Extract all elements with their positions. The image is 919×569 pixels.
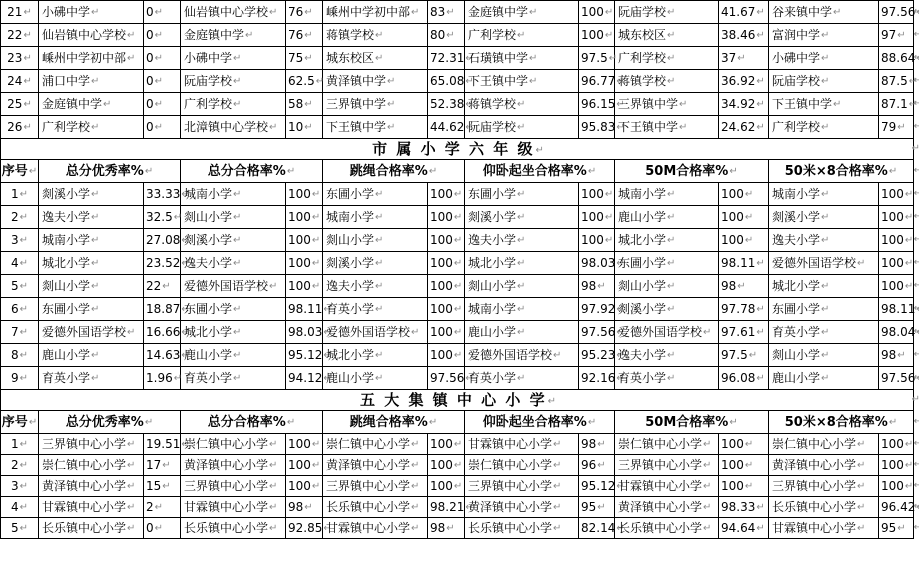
column-header: 总分合格率%↵: [181, 411, 323, 434]
school-name-cell: 逸夫小学↵: [615, 344, 719, 367]
school-name-cell-text: 城南小学: [772, 187, 820, 201]
table-row: 4↵城北小学↵23.52↵逸夫小学↵100↵剡溪小学↵100↵城北小学↵98.0…: [1, 252, 914, 275]
score-value-cell-text: 14.63: [146, 348, 180, 362]
column-header-text: 跳绳合格率%: [350, 164, 428, 179]
score-value-cell: 0↵: [144, 24, 181, 47]
paragraph-mark: ↵: [453, 481, 462, 492]
column-header-text: 50米×8合格率%: [785, 415, 888, 430]
paragraph-mark: ↵: [311, 439, 320, 450]
score-value-cell: 98.03↵: [286, 321, 323, 344]
score-value-cell: 14.63↵: [144, 344, 181, 367]
school-name-cell: 小砩中学↵: [181, 47, 286, 70]
score-value-cell-text: 100: [721, 187, 744, 201]
school-name-cell: 仙岩镇中心学校↵: [181, 1, 286, 24]
column-header-text: 序号: [2, 415, 28, 430]
row-number-cell-text: 4: [11, 256, 19, 270]
score-value-cell: 98.11↵: [719, 252, 769, 275]
row-number-cell-text: 7: [11, 325, 19, 339]
paragraph-mark: ↵: [666, 189, 675, 200]
school-name-cell-text: 城北小学: [42, 256, 90, 270]
school-name-cell-text: 崇仁镇中心小学: [42, 458, 126, 472]
school-name-cell: 爱德外国语学校↵: [615, 321, 719, 344]
end-of-row-mark: ↵: [914, 350, 919, 360]
score-value-cell-text: 100: [721, 458, 744, 472]
paragraph-mark: ↵: [516, 99, 525, 110]
row-number-cell: 5↵: [1, 518, 39, 539]
paragraph-mark: ↵: [587, 417, 596, 428]
score-value-cell-text: 100: [581, 5, 604, 19]
table-row: 4↵甘霖镇中心小学↵2↵甘霖镇中心小学↵98↵长乐镇中心小学↵98.21↵黄泽镇…: [1, 497, 914, 518]
score-value-cell-text: 100: [288, 479, 311, 493]
score-value-cell-text: 95.83: [581, 120, 615, 134]
paragraph-mark: ↵: [666, 235, 675, 246]
school-name-cell: 三界镇中心小学↵: [323, 476, 428, 497]
school-name-cell: 东圃小学↵: [181, 298, 286, 321]
school-name-cell: 下王镇中学↵: [465, 70, 579, 93]
school-name-cell-text: 崇仁镇中心小学: [618, 437, 702, 451]
school-name-cell-text: 城北小学: [184, 325, 232, 339]
school-name-cell-text: 城南小学: [618, 187, 666, 201]
score-value-cell-text: 62.5: [288, 74, 315, 88]
paragraph-mark: ↵: [19, 235, 28, 246]
paragraph-mark: ↵: [678, 122, 687, 133]
paragraph-mark: ↵: [702, 502, 711, 513]
school-name-cell-text: 嵊州中学初中部: [326, 5, 410, 19]
paragraph-mark: ↵: [552, 502, 561, 513]
score-value-cell: 100↵: [286, 455, 323, 476]
score-value-cell: 100↵: [428, 252, 465, 275]
paragraph-mark: ↵: [428, 417, 437, 428]
score-value-cell-text: 100: [881, 187, 904, 201]
paragraph-mark: ↵: [453, 189, 462, 200]
paragraph-mark: ↵: [19, 189, 28, 200]
paragraph-mark: ↵: [516, 122, 525, 133]
paragraph-mark: ↵: [528, 76, 537, 87]
school-name-cell: 蒋镇学校↵: [615, 70, 719, 93]
score-value-cell-text: 16.66: [146, 325, 180, 339]
school-name-cell-text: 鹿山小学: [184, 348, 232, 362]
school-name-cell-text: 黄泽镇中心小学: [326, 458, 410, 472]
paragraph-mark: ↵: [547, 396, 556, 407]
school-name-cell-text: 黄泽镇中心小学: [468, 500, 552, 514]
school-name-cell: 剡溪小学↵: [39, 183, 144, 206]
score-value-cell-text: 100: [881, 210, 904, 224]
score-value-cell-text: 98.11: [721, 256, 755, 270]
school-name-cell-text: 长乐镇中心小学: [42, 521, 126, 535]
score-value-cell-text: 95: [581, 500, 596, 514]
school-name-cell: 剡山小学↵: [769, 344, 879, 367]
school-name-cell-text: 甘霖镇中心小学: [618, 479, 702, 493]
school-name-cell-text: 爱德外国语学校: [42, 325, 126, 339]
school-name-cell-text: 爱德外国语学校: [468, 348, 552, 362]
score-value-cell: 0↵: [144, 518, 181, 539]
school-name-cell: 东圃小学↵: [615, 252, 719, 275]
score-value-cell: 100↵: [719, 206, 769, 229]
school-name-cell: 东圃小学↵: [323, 183, 428, 206]
score-value-cell-text: 98: [430, 521, 445, 535]
score-value-cell-text: 0: [146, 120, 154, 134]
school-name-cell: 城南小学↵: [39, 229, 144, 252]
paragraph-mark: ↵: [232, 350, 241, 361]
row-number-cell: 23↵: [1, 47, 39, 70]
end-of-row-mark: ↵: [914, 258, 919, 268]
paragraph-mark: ↵: [516, 235, 525, 246]
score-value-cell: 79↵↵: [879, 116, 914, 139]
paragraph-mark: ↵: [286, 166, 295, 177]
score-value-cell-text: 24.62: [721, 120, 755, 134]
paragraph-mark: ↵: [161, 281, 170, 292]
score-value-cell: 0↵: [144, 47, 181, 70]
score-value-cell: 100↵: [286, 275, 323, 298]
score-value-cell: 88.64↵↵: [879, 47, 914, 70]
paragraph-mark: ↵: [820, 53, 829, 64]
paragraph-mark: ↵: [856, 439, 865, 450]
column-header-text: 总分合格率%: [208, 415, 286, 430]
score-value-cell-text: 1.96: [146, 371, 173, 385]
paragraph-mark: ↵: [453, 258, 462, 269]
section-title-row: 五 大 集 镇 中 心 小 学↵↵: [1, 390, 914, 411]
school-name-cell-text: 育英小学: [184, 371, 232, 385]
paragraph-mark: ↵: [126, 327, 135, 338]
score-value-cell: 36.92↵: [719, 70, 769, 93]
row-number-cell: 1↵: [1, 434, 39, 455]
school-name-cell-text: 育英小学: [618, 371, 666, 385]
row-number-cell: 22↵: [1, 24, 39, 47]
school-name-cell-text: 黄泽镇中心小学: [184, 458, 268, 472]
school-name-cell-text: 阮庙学校: [772, 74, 820, 88]
paragraph-mark: ↵: [596, 439, 605, 450]
score-value-cell: 98.11↵: [286, 298, 323, 321]
paragraph-mark: ↵: [154, 502, 163, 513]
school-name-cell-text: 崇仁镇中心小学: [772, 437, 856, 451]
school-name-cell: 崇仁镇中心小学↵: [39, 455, 144, 476]
school-name-cell: 三界镇中心小学↵: [181, 476, 286, 497]
column-header: 跳绳合格率%↵: [323, 160, 465, 183]
score-value-cell-text: 100: [881, 458, 904, 472]
row-number-cell-text: 6: [11, 302, 19, 316]
paragraph-mark: ↵: [19, 460, 28, 471]
school-name-cell: 三界镇中心小学↵: [615, 455, 719, 476]
score-value-cell-text: 98.11: [881, 302, 915, 316]
score-value-cell-text: 96: [581, 458, 596, 472]
score-value-cell-text: 98.03: [581, 256, 615, 270]
score-value-cell-text: 100: [288, 256, 311, 270]
score-value-cell: 98.03↵: [579, 252, 615, 275]
paragraph-mark: ↵: [666, 258, 675, 269]
school-name-cell: 下王镇中学↵: [615, 116, 719, 139]
paragraph-mark: ↵: [904, 481, 913, 492]
score-value-cell-text: 34.92: [721, 97, 755, 111]
paragraph-mark: ↵: [144, 417, 153, 428]
paragraph-mark: ↵: [904, 189, 913, 200]
score-value-cell: 100↵↵: [879, 476, 914, 497]
score-value-cell: 95↵: [579, 497, 615, 518]
score-value-cell: 98↵: [286, 497, 323, 518]
school-name-cell: 黄泽镇中心小学↵: [39, 476, 144, 497]
school-name-cell-text: 城南小学: [184, 187, 232, 201]
school-name-cell: 爱德外国语学校↵: [323, 321, 428, 344]
school-name-cell: 城北小学↵: [615, 229, 719, 252]
school-name-cell-text: 鹿山小学: [618, 210, 666, 224]
score-value-cell-text: 76: [288, 5, 303, 19]
column-header: 50M合格率%↵: [615, 160, 769, 183]
score-value-cell: 100↵↵: [879, 434, 914, 455]
score-value-cell-text: 97.56: [881, 371, 915, 385]
score-value-cell: 100↵: [428, 206, 465, 229]
score-value-cell: 100↵: [286, 206, 323, 229]
score-value-cell-text: 82.14: [581, 521, 615, 535]
paragraph-mark: ↵: [102, 99, 111, 110]
school-name-cell: 剡溪小学↵: [769, 206, 879, 229]
score-value-cell-text: 100: [881, 256, 904, 270]
school-name-cell: 蒋镇学校↵: [323, 24, 428, 47]
table-row: 1↵剡溪小学↵33.33↵城南小学↵100↵东圃小学↵100↵东圃小学↵100↵…: [1, 183, 914, 206]
score-value-cell-text: 76: [288, 28, 303, 42]
score-value-cell: 98.11↵↵: [879, 298, 914, 321]
column-header-text: 50M合格率%: [645, 415, 728, 430]
column-header-row: 序号↵总分优秀率%↵总分合格率%↵跳绳合格率%↵仰卧起坐合格率%↵50M合格率%…: [1, 411, 914, 434]
school-name-cell: 逸夫小学↵: [323, 275, 428, 298]
paragraph-mark: ↵: [453, 439, 462, 450]
school-name-cell-text: 黄泽镇中心小学: [618, 500, 702, 514]
score-value-cell-text: 97.5: [721, 348, 748, 362]
score-value-cell: 75↵: [286, 47, 323, 70]
score-value-cell: 100↵↵: [879, 275, 914, 298]
score-value-cell-text: 36.92: [721, 74, 755, 88]
score-value-cell: 92.16↵: [579, 367, 615, 390]
paragraph-mark: ↵: [445, 30, 454, 41]
school-name-cell: 阮庙学校↵: [181, 70, 286, 93]
paragraph-mark: ↵: [19, 439, 28, 450]
paragraph-mark: ↵: [666, 281, 675, 292]
school-name-cell-text: 剡山小学: [772, 348, 820, 362]
score-value-cell-text: 65.08: [430, 74, 464, 88]
score-value-cell: 87.5↵↵: [879, 70, 914, 93]
school-name-cell-text: 长乐镇中心小学: [326, 500, 410, 514]
paragraph-mark: ↵: [126, 460, 135, 471]
school-name-cell-text: 育英小学: [326, 302, 374, 316]
score-value-cell: 87.1↵↵: [879, 93, 914, 116]
school-name-cell: 逸夫小学↵: [39, 206, 144, 229]
paragraph-mark: ↵: [303, 53, 312, 64]
score-value-cell-text: 98.11: [288, 302, 322, 316]
paragraph-mark: ↵: [666, 53, 675, 64]
score-value-cell: 76↵: [286, 1, 323, 24]
school-name-cell: 剡山小学↵: [615, 275, 719, 298]
school-name-cell: 城北小学↵: [769, 275, 879, 298]
school-name-cell: 剡溪小学↵: [615, 298, 719, 321]
score-value-cell: 95↵↵: [879, 518, 914, 539]
paragraph-mark: ↵: [311, 235, 320, 246]
paragraph-mark: ↵: [755, 7, 764, 18]
score-value-cell-text: 97.61: [721, 325, 755, 339]
school-name-cell: 剡山小学↵: [323, 229, 428, 252]
score-value-cell: 100↵: [428, 476, 465, 497]
score-value-cell-text: 17: [146, 458, 161, 472]
row-number-cell: 9↵: [1, 367, 39, 390]
paragraph-mark: ↵: [28, 166, 37, 177]
section-title: 市 属 小 学 六 年 级↵↵: [1, 139, 914, 160]
score-value-cell-text: 100: [721, 437, 744, 451]
score-value-cell: 100↵↵: [879, 183, 914, 206]
school-name-cell: 鹿山小学↵: [39, 344, 144, 367]
school-name-cell: 广利学校↵: [465, 24, 579, 47]
school-name-cell: 石璜镇中学↵: [465, 47, 579, 70]
school-name-cell-text: 城东校区: [618, 28, 666, 42]
end-of-row-mark: ↵: [914, 439, 919, 449]
score-value-cell-text: 0: [146, 5, 154, 19]
row-number-cell: 2↵: [1, 206, 39, 229]
score-value-cell-text: 100: [881, 233, 904, 247]
school-name-cell-text: 剡溪小学: [326, 256, 374, 270]
score-value-cell-text: 92.16: [581, 371, 615, 385]
score-value-cell-text: 0: [146, 521, 154, 535]
score-value-cell-text: 98.03: [288, 325, 322, 339]
school-name-cell: 剡溪小学↵: [181, 229, 286, 252]
paragraph-mark: ↵: [303, 502, 312, 513]
school-name-cell-text: 剡山小学: [468, 279, 516, 293]
school-name-cell: 广利学校↵: [181, 93, 286, 116]
score-value-cell: 34.92↵: [719, 93, 769, 116]
school-name-cell: 黄泽镇中心小学↵: [769, 455, 879, 476]
school-name-cell: 城北小学↵: [181, 321, 286, 344]
school-name-cell-text: 剡溪小学: [618, 302, 666, 316]
school-name-cell-text: 蒋镇学校: [618, 74, 666, 88]
school-name-cell: 崇仁镇中心小学↵: [615, 434, 719, 455]
score-value-cell: 97.56↵: [428, 367, 465, 390]
paragraph-mark: ↵: [374, 53, 383, 64]
school-name-cell-text: 阮庙学校: [184, 74, 232, 88]
score-value-cell-text: 95.23: [581, 348, 615, 362]
paragraph-mark: ↵: [904, 258, 913, 269]
school-name-cell-text: 逸夫小学: [42, 210, 90, 224]
paragraph-mark: ↵: [144, 166, 153, 177]
score-value-cell-text: 10: [288, 120, 303, 134]
row-number-cell-text: 3: [11, 233, 19, 247]
score-value-cell-text: 94.12: [288, 371, 322, 385]
score-value-cell: 41.67↵: [719, 1, 769, 24]
row-number-cell-text: 25: [7, 97, 22, 111]
score-value-cell: 24.62↵: [719, 116, 769, 139]
paragraph-mark: ↵: [596, 502, 605, 513]
school-name-cell-text: 甘霖镇中心小学: [326, 521, 410, 535]
school-name-cell: 甘霖镇中心小学↵: [323, 518, 428, 539]
paragraph-mark: ↵: [268, 523, 277, 534]
score-value-cell: 96.42↵↵: [879, 497, 914, 518]
paragraph-mark: ↵: [820, 350, 829, 361]
school-name-cell-text: 剡溪小学: [42, 187, 90, 201]
school-name-cell: 崇仁镇中心小学↵: [465, 455, 579, 476]
score-value-cell-text: 97.78: [721, 302, 755, 316]
score-value-cell-text: 96.42: [881, 500, 915, 514]
column-header-row: 序号↵总分优秀率%↵总分合格率%↵跳绳合格率%↵仰卧起坐合格率%↵50M合格率%…: [1, 160, 914, 183]
table-row: 22↵仙岩镇中心学校↵0↵金庭镇中学↵76↵蒋镇学校↵80↵广利学校↵100↵城…: [1, 24, 914, 47]
paragraph-mark: ↵: [410, 7, 419, 18]
score-value-cell: 100↵: [579, 206, 615, 229]
score-value-cell: 95.23↵: [579, 344, 615, 367]
paragraph-mark: ↵: [232, 327, 241, 338]
row-number-cell: 6↵: [1, 298, 39, 321]
column-header-text: 仰卧起坐合格率%: [483, 164, 587, 179]
school-name-cell: 东圃小学↵: [465, 183, 579, 206]
school-name-cell: 鹿山小学↵: [323, 367, 428, 390]
school-name-cell: 东圃小学↵: [769, 298, 879, 321]
school-name-cell-text: 小砩中学: [772, 51, 820, 65]
school-name-cell: 三界镇中心小学↵: [465, 476, 579, 497]
paragraph-mark: ↵: [896, 350, 905, 361]
school-name-cell-text: 东圃小学: [772, 302, 820, 316]
score-value-cell: 100↵: [428, 344, 465, 367]
score-value-cell-text: 100: [288, 437, 311, 451]
paragraph-mark: ↵: [666, 7, 675, 18]
score-value-cell: 97.61↵: [719, 321, 769, 344]
score-value-cell: 18.87↵: [144, 298, 181, 321]
score-value-cell: 95.83↵: [579, 116, 615, 139]
score-value-cell-text: 19.51: [146, 437, 180, 451]
school-name-cell: 爱德外国语学校↵: [769, 252, 879, 275]
end-of-row-mark: ↵: [914, 481, 919, 491]
paragraph-mark: ↵: [755, 304, 764, 315]
paragraph-mark: ↵: [516, 189, 525, 200]
paragraph-mark: ↵: [832, 99, 841, 110]
paragraph-mark: ↵: [748, 350, 757, 361]
row-number-cell-text: 22: [7, 28, 22, 42]
score-value-cell: 0↵: [144, 93, 181, 116]
paragraph-mark: ↵: [666, 76, 675, 87]
column-header-text: 总分优秀率%: [66, 415, 144, 430]
table-row: 25↵金庭镇中学↵0↵广利学校↵58↵三界镇中学↵52.38↵蒋镇学校↵96.1…: [1, 93, 914, 116]
column-header-text: 总分优秀率%: [66, 164, 144, 179]
paragraph-mark: ↵: [232, 258, 241, 269]
paragraph-mark: ↵: [888, 166, 897, 177]
table-row: 26↵广利学校↵0↵北漳镇中心学校↵10↵下王镇中学↵44.62↵阮庙学校↵95…: [1, 116, 914, 139]
end-of-row-mark: ↵: [914, 502, 919, 512]
row-number-cell: 2↵: [1, 455, 39, 476]
paragraph-mark: ↵: [552, 481, 561, 492]
paragraph-mark: ↵: [374, 30, 383, 41]
school-name-cell-text: 三界镇中学: [618, 97, 678, 111]
school-name-cell-text: 东圃小学: [468, 187, 516, 201]
end-of-row-mark: ↵: [914, 189, 919, 199]
paragraph-mark: ↵: [374, 212, 383, 223]
school-name-cell-text: 下王镇中学: [326, 120, 386, 134]
school-name-cell: 嵊州中学初中部↵: [323, 1, 428, 24]
school-name-cell: 嵊州中学初中部↵: [39, 47, 144, 70]
paragraph-mark: ↵: [22, 53, 31, 64]
column-header: 序号↵: [1, 411, 39, 434]
score-value-cell: 1.96↵: [144, 367, 181, 390]
column-header: 仰卧起坐合格率%↵: [465, 411, 615, 434]
school-name-cell-text: 仙岩镇中心学校: [42, 28, 126, 42]
school-name-cell: 育英小学↵: [615, 367, 719, 390]
paragraph-mark: ↵: [154, 76, 163, 87]
school-name-cell-text: 育英小学: [42, 371, 90, 385]
school-name-cell-text: 广利学校: [468, 28, 516, 42]
paragraph-mark: ↵: [666, 373, 675, 384]
paragraph-mark: ↵: [154, 53, 163, 64]
school-name-cell: 小砩中学↵: [39, 1, 144, 24]
paragraph-mark: ↵: [856, 502, 865, 513]
score-value-cell-text: 100: [430, 302, 453, 316]
score-value-cell-text: 83: [430, 5, 445, 19]
row-number-cell: 7↵: [1, 321, 39, 344]
section-title-text: 市 属 小 学 六 年 级: [372, 140, 534, 158]
document-page: 21↵小砩中学↵0↵仙岩镇中心学校↵76↵嵊州中学初中部↵83↵金庭镇中学↵10…: [0, 0, 919, 569]
paragraph-mark: ↵: [19, 481, 28, 492]
score-value-cell: 23.52↵: [144, 252, 181, 275]
score-value-cell: 72.31↵: [428, 47, 465, 70]
paragraph-mark: ↵: [311, 481, 320, 492]
